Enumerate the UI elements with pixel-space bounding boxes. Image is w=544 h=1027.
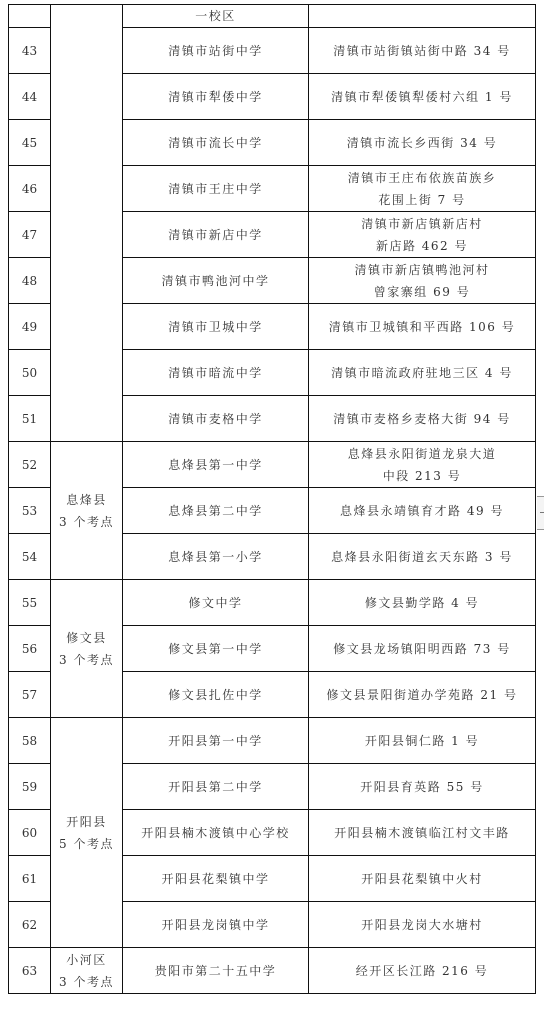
table-row: 55修文县3 个考点修文中学修文县勤学路 4 号 [9, 580, 536, 626]
school-cell: 开阳县龙岗镇中学 [123, 902, 309, 948]
number-cell: 54 [9, 534, 51, 580]
number-cell: 63 [9, 948, 51, 994]
address-cell: 开阳县铜仁路 1 号 [309, 718, 536, 764]
address-line: 清镇市卫城镇和平西路 106 号 [311, 316, 533, 338]
number-cell: 56 [9, 626, 51, 672]
school-cell: 开阳县第二中学 [123, 764, 309, 810]
address-cell: 息烽县永靖镇育才路 49 号 [309, 488, 536, 534]
address-line: 清镇市站街镇站街中路 34 号 [311, 40, 533, 62]
address-line: 修文县勤学路 4 号 [311, 592, 533, 614]
address-cell: 清镇市犁倭镇犁倭村六组 1 号 [309, 74, 536, 120]
address-cell [309, 5, 536, 28]
number-cell: 45 [9, 120, 51, 166]
school-cell: 息烽县第一小学 [123, 534, 309, 580]
district-label-line: 息烽县 [53, 489, 120, 511]
address-line: 息烽县永靖镇育才路 49 号 [311, 500, 533, 522]
address-line: 清镇市新店镇新店村 [311, 213, 533, 235]
district-label-line: 修文县 [53, 627, 120, 649]
number-cell: 59 [9, 764, 51, 810]
address-cell: 经开区长江路 216 号 [309, 948, 536, 994]
number-cell [9, 5, 51, 28]
district-cell: 开阳县5 个考点 [51, 718, 123, 948]
district-label-line: 小河区 [53, 949, 120, 971]
address-cell: 清镇市流长乡西街 34 号 [309, 120, 536, 166]
table-row-continuation: 一校区 [9, 5, 536, 28]
table-row: 58开阳县5 个考点开阳县第一中学开阳县铜仁路 1 号 [9, 718, 536, 764]
school-cell: 清镇市流长中学 [123, 120, 309, 166]
district-cell [51, 5, 123, 442]
address-line: 清镇市犁倭镇犁倭村六组 1 号 [311, 86, 533, 108]
school-cell: 清镇市犁倭中学 [123, 74, 309, 120]
school-cell: 清镇市卫城中学 [123, 304, 309, 350]
district-label-line: 3 个考点 [53, 971, 120, 993]
address-line: 开阳县铜仁路 1 号 [311, 730, 533, 752]
school-cell: 一校区 [123, 5, 309, 28]
district-cell: 修文县3 个考点 [51, 580, 123, 718]
school-cell: 贵阳市第二十五中学 [123, 948, 309, 994]
school-cell: 清镇市新店中学 [123, 212, 309, 258]
address-cell: 修文县龙场镇阳明西路 73 号 [309, 626, 536, 672]
address-cell: 清镇市卫城镇和平西路 106 号 [309, 304, 536, 350]
address-line: 新店路 462 号 [311, 235, 533, 257]
district-cell: 息烽县3 个考点 [51, 442, 123, 580]
address-line: 开阳县花梨镇中火村 [311, 868, 533, 890]
school-cell: 清镇市麦格中学 [123, 396, 309, 442]
school-cell: 清镇市鸭池河中学 [123, 258, 309, 304]
number-cell: 60 [9, 810, 51, 856]
number-cell: 52 [9, 442, 51, 488]
address-cell: 清镇市新店镇鸭池河村曾家寨组 69 号 [309, 258, 536, 304]
district-label-line: 5 个考点 [53, 833, 120, 855]
address-cell: 清镇市麦格乡麦格大街 94 号 [309, 396, 536, 442]
address-cell: 息烽县永阳街道玄天东路 3 号 [309, 534, 536, 580]
address-line: 经开区长江路 216 号 [311, 960, 533, 982]
number-cell: 43 [9, 28, 51, 74]
address-line: 修文县龙场镇阳明西路 73 号 [311, 638, 533, 660]
address-cell: 息烽县永阳街道龙泉大道中段 213 号 [309, 442, 536, 488]
district-label-line: 开阳县 [53, 811, 120, 833]
district-cell: 小河区3 个考点 [51, 948, 123, 994]
address-line: 息烽县永阳街道玄天东路 3 号 [311, 546, 533, 568]
school-cell: 修文中学 [123, 580, 309, 626]
address-line: 清镇市新店镇鸭池河村 [311, 259, 533, 281]
address-cell: 清镇市暗流政府驻地三区 4 号 [309, 350, 536, 396]
address-line: 息烽县永阳街道龙泉大道 [311, 443, 533, 465]
address-cell: 清镇市新店镇新店村新店路 462 号 [309, 212, 536, 258]
address-cell: 开阳县龙岗大水塘村 [309, 902, 536, 948]
school-cell: 清镇市站街中学 [123, 28, 309, 74]
address-line: 开阳县育英路 55 号 [311, 776, 533, 798]
number-cell: 50 [9, 350, 51, 396]
address-cell: 开阳县楠木渡镇临江村文丰路 [309, 810, 536, 856]
address-cell: 开阳县花梨镇中火村 [309, 856, 536, 902]
address-line: 中段 213 号 [311, 465, 533, 487]
address-line: 曾家寨组 69 号 [311, 281, 533, 303]
address-cell: 清镇市王庄布依族苗族乡花围上街 7 号 [309, 166, 536, 212]
school-cell: 修文县扎佐中学 [123, 672, 309, 718]
number-cell: 51 [9, 396, 51, 442]
address-cell: 开阳县育英路 55 号 [309, 764, 536, 810]
address-line: 清镇市王庄布依族苗族乡 [311, 167, 533, 189]
number-cell: 55 [9, 580, 51, 626]
address-line: 清镇市麦格乡麦格大街 94 号 [311, 408, 533, 430]
table-row: 52息烽县3 个考点息烽县第一中学息烽县永阳街道龙泉大道中段 213 号 [9, 442, 536, 488]
school-cell: 修文县第一中学 [123, 626, 309, 672]
number-cell: 61 [9, 856, 51, 902]
school-cell: 息烽县第一中学 [123, 442, 309, 488]
address-cell: 修文县景阳街道办学苑路 21 号 [309, 672, 536, 718]
table-row: 63小河区3 个考点贵阳市第二十五中学经开区长江路 216 号 [9, 948, 536, 994]
number-cell: 48 [9, 258, 51, 304]
district-label-line: 3 个考点 [53, 649, 120, 671]
address-cell: 清镇市站街镇站街中路 34 号 [309, 28, 536, 74]
number-cell: 62 [9, 902, 51, 948]
address-line: 开阳县楠木渡镇临江村文丰路 [311, 822, 533, 844]
number-cell: 58 [9, 718, 51, 764]
address-line: 花围上街 7 号 [311, 189, 533, 211]
school-cell: 清镇市暗流中学 [123, 350, 309, 396]
district-label-line: 3 个考点 [53, 511, 120, 533]
number-cell: 44 [9, 74, 51, 120]
number-cell: 47 [9, 212, 51, 258]
address-cell: 修文县勤学路 4 号 [309, 580, 536, 626]
address-line: 清镇市暗流政府驻地三区 4 号 [311, 362, 533, 384]
address-line: 修文县景阳街道办学苑路 21 号 [311, 684, 533, 706]
address-line: 清镇市流长乡西街 34 号 [311, 132, 533, 154]
number-cell: 46 [9, 166, 51, 212]
address-line: 开阳县龙岗大水塘村 [311, 914, 533, 936]
number-cell: 53 [9, 488, 51, 534]
school-cell: 开阳县花梨镇中学 [123, 856, 309, 902]
number-cell: 57 [9, 672, 51, 718]
number-cell: 49 [9, 304, 51, 350]
school-cell: 息烽县第二中学 [123, 488, 309, 534]
school-cell: 开阳县第一中学 [123, 718, 309, 764]
school-cell: 清镇市王庄中学 [123, 166, 309, 212]
school-cell: 开阳县楠木渡镇中心学校 [123, 810, 309, 856]
exam-sites-table: 一校区 43清镇市站街中学清镇市站街镇站街中路 34 号44清镇市犁倭中学清镇市… [8, 4, 536, 994]
page-edge-artifact [537, 496, 544, 530]
